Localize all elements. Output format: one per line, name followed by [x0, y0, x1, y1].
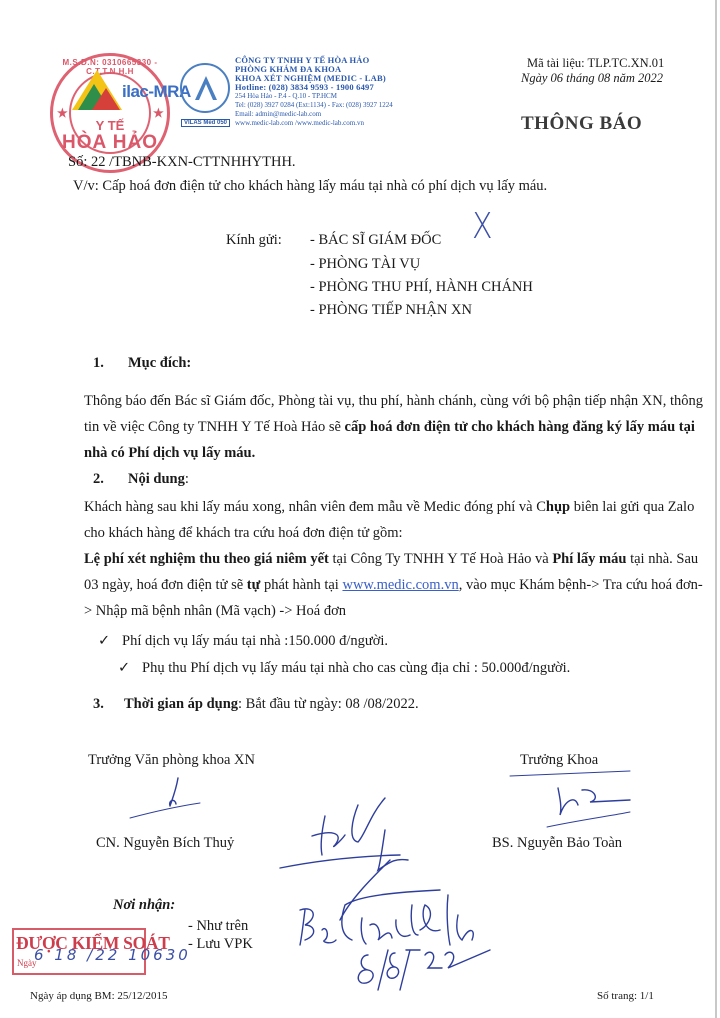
signature-left-name: CN. Nguyễn Bích Thuỷ	[96, 835, 234, 852]
distribution-item: - Lưu VPK	[188, 936, 253, 953]
handwritten-signatures	[0, 0, 720, 1018]
form-applied-date: Ngày áp dụng BM: 25/12/2015	[30, 990, 168, 1002]
page-number: Số trang: 1/1	[597, 990, 654, 1002]
distribution-title: Nơi nhận:	[113, 897, 175, 914]
controlled-copy-handwritten-date: 6 18 /22 10630	[34, 946, 191, 964]
distribution-item: - Như trên	[188, 918, 248, 935]
signature-right-name: BS. Nguyễn Bảo Toàn	[492, 835, 622, 852]
